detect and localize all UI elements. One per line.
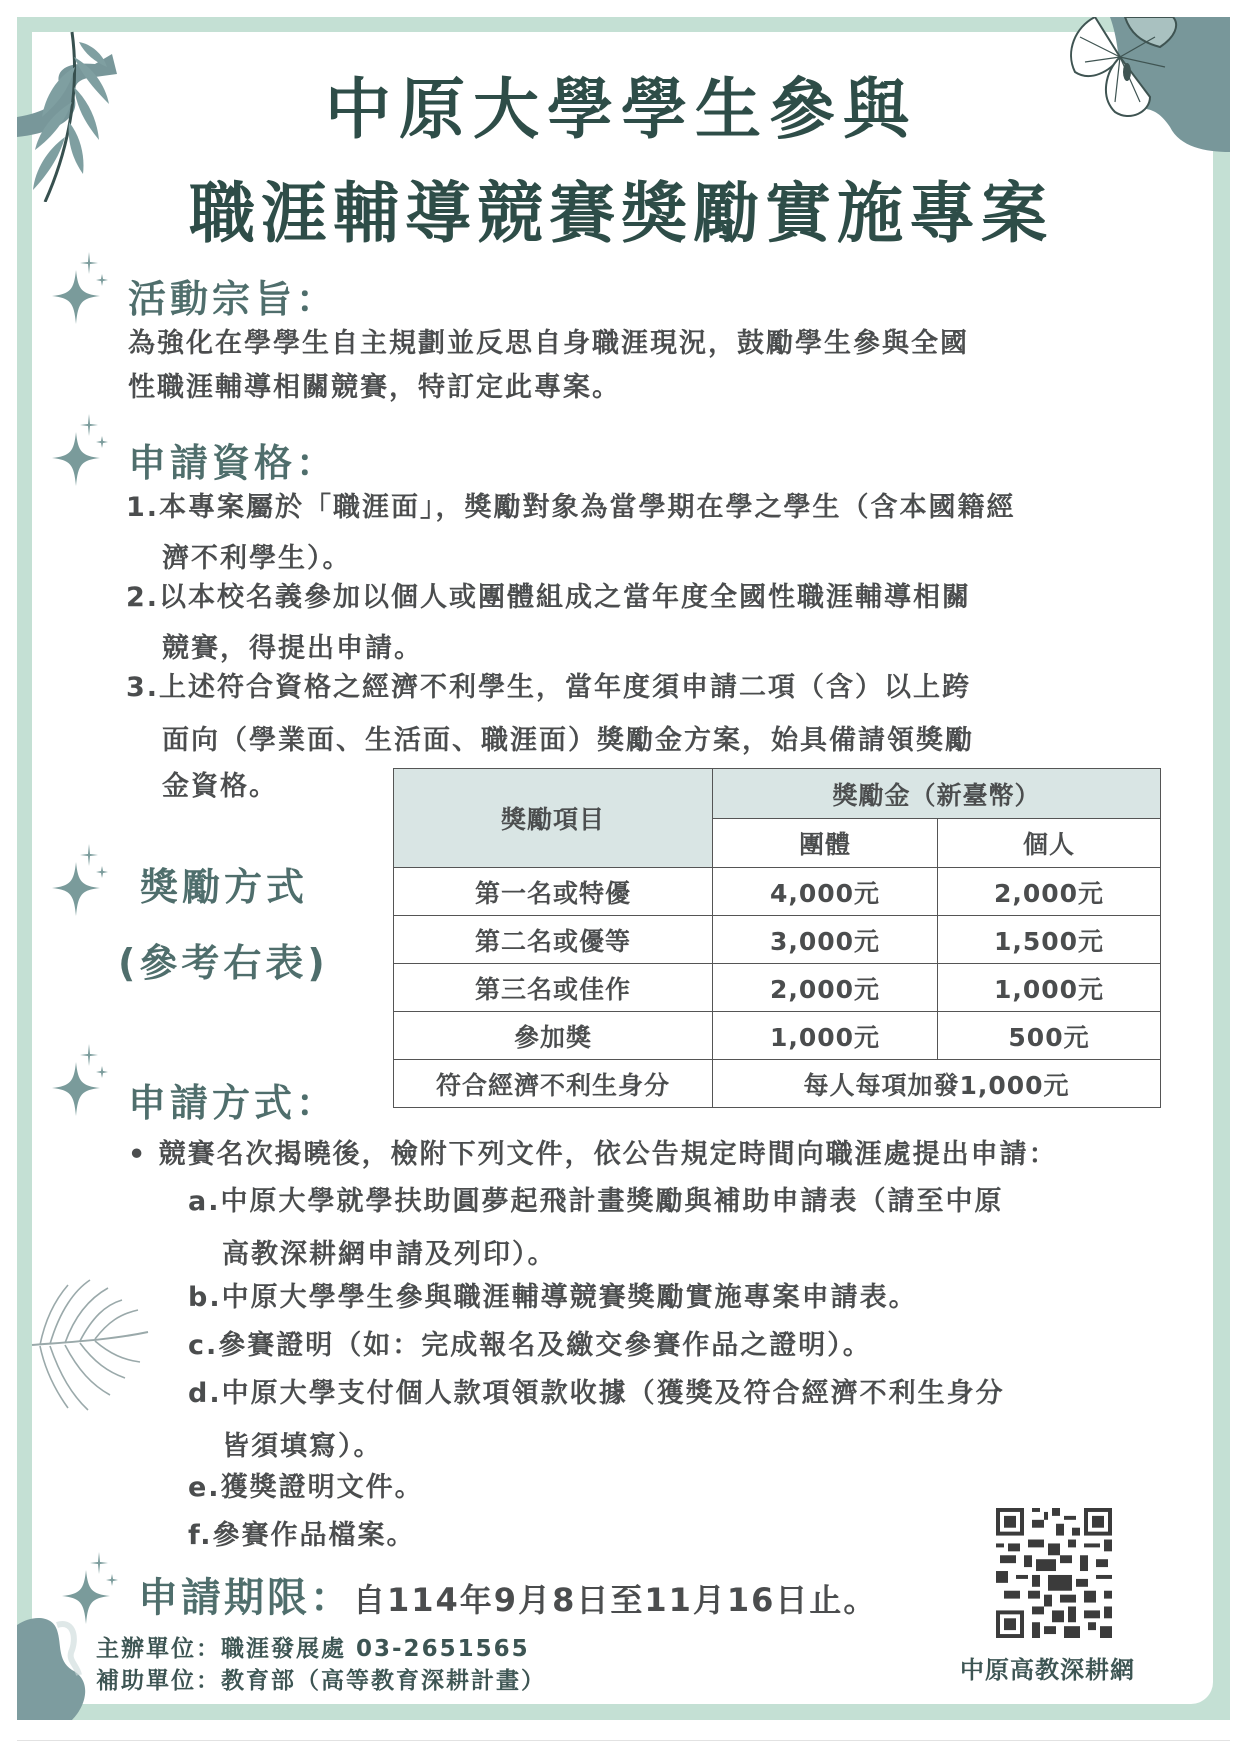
deadline-label: 申請期限： bbox=[138, 1575, 353, 1621]
poster-title-line1: 中原大學學生參與 bbox=[0, 56, 1242, 151]
page-edge-line bbox=[17, 1740, 1230, 1741]
item-text: 中原大學支付個人款項領款收據（獲獎及符合經濟不利生身分 bbox=[222, 1378, 1005, 1409]
eligibility-item-3-cont2: 金資格。 bbox=[162, 764, 278, 803]
poster-title-line2: 職涯輔導競賽獎勵實施專案 bbox=[0, 160, 1242, 255]
sponsor-info: 補助單位：教育部（高等教育深耕計畫） bbox=[96, 1662, 546, 1695]
bullet-icon: • bbox=[128, 1139, 159, 1170]
item-letter: f. bbox=[188, 1520, 213, 1551]
table-row: 參加獎 1,000元 500元 bbox=[394, 1012, 1161, 1060]
table-row: 第三名或佳作 2,000元 1,000元 bbox=[394, 964, 1161, 1012]
header-team: 團體 bbox=[713, 819, 938, 868]
item-text: 上述符合資格之經濟不利學生，當年度須申請二項（含）以上跨 bbox=[159, 672, 971, 703]
item-text: 中原大學就學扶助圓夢起飛計畫獎勵與補助申請表（請至中原 bbox=[220, 1186, 1003, 1217]
document-item-f: f.參賽作品檔案。 bbox=[188, 1514, 416, 1558]
document-item-a-cont: 高教深耕網申請及列印）。 bbox=[222, 1232, 557, 1271]
item-number: 1. bbox=[126, 486, 159, 530]
deadline: 申請期限：自114年9月8日至11月16日止。 bbox=[138, 1566, 877, 1623]
bullet-text: 競賽名次揭曉後，檢附下列文件，依公告規定時間向職涯處提出申請： bbox=[159, 1139, 1058, 1170]
eligibility-item-3: 3.上述符合資格之經濟不利學生，當年度須申請二項（含）以上跨 bbox=[126, 666, 971, 710]
item-letter: c. bbox=[188, 1330, 218, 1361]
document-item-c: c.參賽證明（如：完成報名及繳交參賽作品之證明）。 bbox=[188, 1324, 872, 1368]
eligibility-item-3-cont: 面向（學業面、生活面、職涯面）獎勵金方案，始具備請領獎勵 bbox=[162, 718, 974, 757]
item-letter: a. bbox=[188, 1186, 220, 1217]
row-extra-amount: 每人每項加發1,000元 bbox=[713, 1060, 1161, 1108]
item-text: 獲獎證明文件。 bbox=[221, 1472, 424, 1503]
eligibility-heading: 申請資格： bbox=[128, 432, 338, 487]
row-item: 第三名或佳作 bbox=[394, 964, 713, 1012]
item-letter: e. bbox=[188, 1472, 221, 1503]
header-award-amount: 獎勵金（新臺幣） bbox=[713, 769, 1161, 819]
row-individual: 500元 bbox=[938, 1012, 1161, 1060]
row-item: 符合經濟不利生身分 bbox=[394, 1060, 713, 1108]
document-item-d: d.中原大學支付個人款項領款收據（獲獎及符合經濟不利生身分 bbox=[188, 1372, 1005, 1416]
eligibility-item-1-cont: 濟不利學生）。 bbox=[162, 536, 352, 575]
sparkle-icon bbox=[52, 840, 116, 920]
application-method-heading: 申請方式： bbox=[128, 1072, 338, 1127]
eligibility-item-1: 1.本專案屬於「職涯面」，獎勵對象為當學期在學之學生（含本國籍經 bbox=[126, 486, 1016, 530]
document-item-e: e.獲獎證明文件。 bbox=[188, 1466, 424, 1510]
row-item: 參加獎 bbox=[394, 1012, 713, 1060]
sparkle-icon bbox=[52, 410, 116, 490]
table-row: 符合經濟不利生身分 每人每項加發1,000元 bbox=[394, 1060, 1161, 1108]
row-individual: 1,000元 bbox=[938, 964, 1161, 1012]
table-row: 第一名或特優 4,000元 2,000元 bbox=[394, 868, 1161, 916]
corner-blob-decoration bbox=[17, 1615, 97, 1720]
eligibility-item-2-cont: 競賽，得提出申請。 bbox=[162, 626, 423, 665]
item-number: 2. bbox=[126, 576, 159, 620]
palm-leaf-icon bbox=[30, 1270, 150, 1420]
qr-code-icon[interactable] bbox=[996, 1508, 1112, 1638]
row-item: 第一名或特優 bbox=[394, 868, 713, 916]
award-method-subheading: (參考右表) bbox=[118, 932, 329, 987]
application-bullet: • 競賽名次揭曉後，檢附下列文件，依公告規定時間向職涯處提出申請： bbox=[128, 1133, 1058, 1177]
purpose-heading: 活動宗旨： bbox=[128, 268, 338, 323]
item-number: 3. bbox=[126, 666, 159, 710]
sparkle-icon bbox=[52, 1040, 116, 1120]
document-item-d-cont: 皆須填寫）。 bbox=[222, 1424, 383, 1463]
item-text: 參賽證明（如：完成報名及繳交參賽作品之證明）。 bbox=[218, 1330, 872, 1361]
organizer-info: 主辦單位：職涯發展處 03-2651565 bbox=[96, 1630, 530, 1663]
header-award-item: 獎勵項目 bbox=[394, 769, 713, 868]
sparkle-icon bbox=[52, 248, 116, 328]
item-text: 以本校名義參加以個人或團體組成之當年度全國性職涯輔導相關 bbox=[159, 582, 971, 613]
purpose-line-1: 為強化在學學生自主規劃並反思自身職涯現況，鼓勵學生參與全國 bbox=[128, 322, 1138, 366]
purpose-line-2: 性職涯輔導相關競賽，特訂定此專案。 bbox=[128, 366, 1138, 410]
award-table: 獎勵項目 獎勵金（新臺幣） 團體 個人 第一名或特優 4,000元 2,000元… bbox=[393, 768, 1161, 1108]
row-team: 4,000元 bbox=[713, 868, 938, 916]
row-individual: 1,500元 bbox=[938, 916, 1161, 964]
deadline-value: 自114年9月8日至11月16日止。 bbox=[353, 1581, 877, 1619]
document-item-a: a.中原大學就學扶助圓夢起飛計畫獎勵與補助申請表（請至中原 bbox=[188, 1180, 1003, 1224]
qr-code-label: 中原高教深耕網 bbox=[960, 1650, 1135, 1685]
row-team: 3,000元 bbox=[713, 916, 938, 964]
item-text: 參賽作品檔案。 bbox=[213, 1520, 416, 1551]
item-letter: b. bbox=[188, 1282, 222, 1313]
item-text: 本專案屬於「職涯面」，獎勵對象為當學期在學之學生（含本國籍經 bbox=[159, 492, 1016, 523]
row-team: 1,000元 bbox=[713, 1012, 938, 1060]
eligibility-item-2: 2.以本校名義參加以個人或團體組成之當年度全國性職涯輔導相關 bbox=[126, 576, 971, 620]
row-item: 第二名或優等 bbox=[394, 916, 713, 964]
row-team: 2,000元 bbox=[713, 964, 938, 1012]
row-individual: 2,000元 bbox=[938, 868, 1161, 916]
item-text: 中原大學學生參與職涯輔導競賽獎勵實施專案申請表。 bbox=[222, 1282, 918, 1313]
table-row: 第二名或優等 3,000元 1,500元 bbox=[394, 916, 1161, 964]
header-individual: 個人 bbox=[938, 819, 1161, 868]
item-letter: d. bbox=[188, 1378, 222, 1409]
document-item-b: b.中原大學學生參與職涯輔導競賽獎勵實施專案申請表。 bbox=[188, 1276, 918, 1320]
sparkle-icon bbox=[62, 1548, 126, 1628]
award-method-heading: 獎勵方式 bbox=[140, 856, 308, 911]
